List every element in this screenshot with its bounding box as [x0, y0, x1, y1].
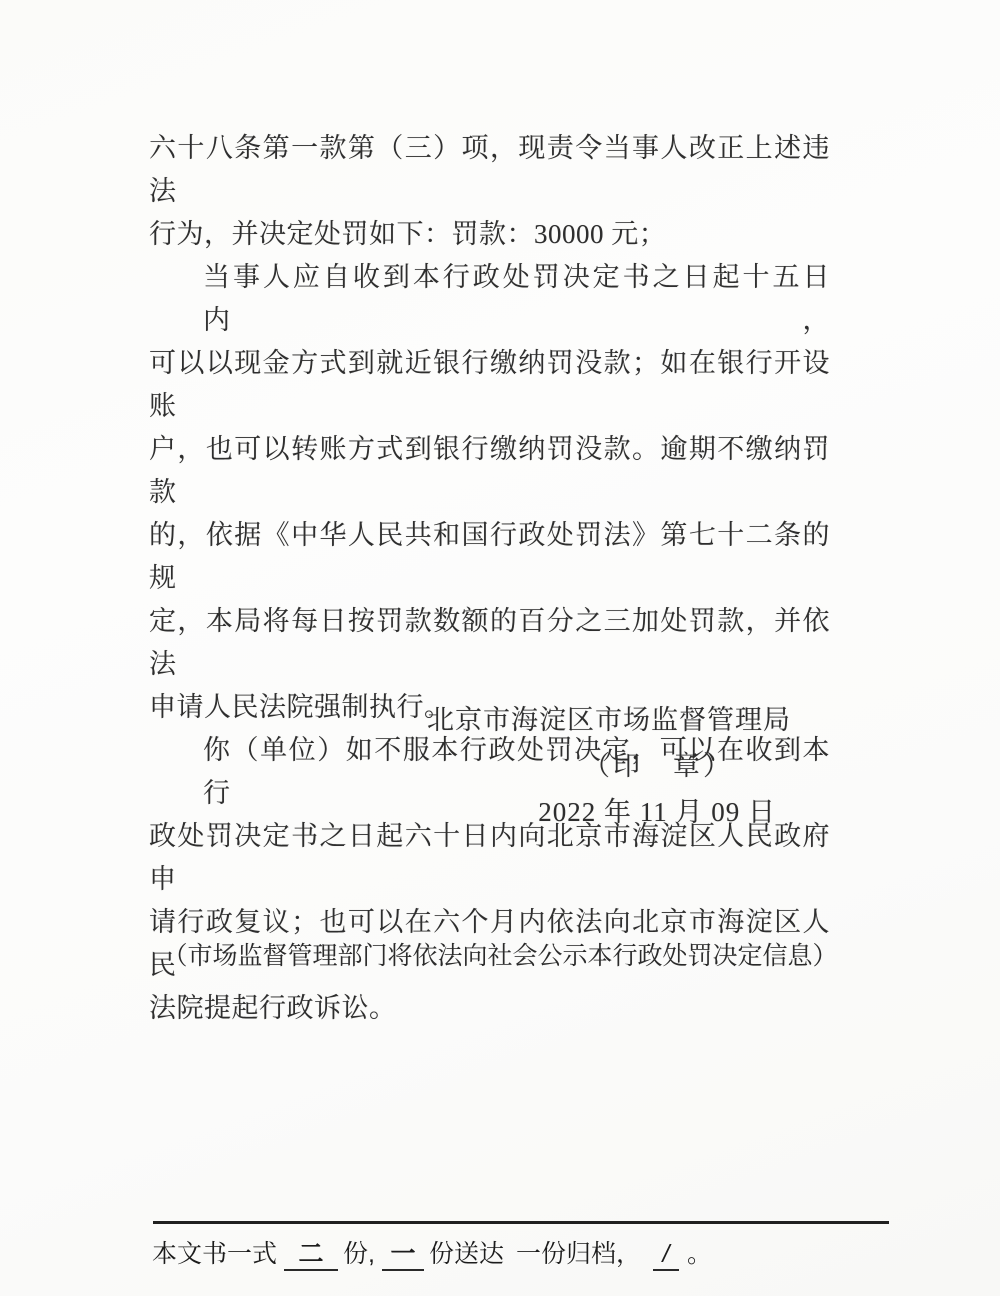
footer-blank-value: / — [653, 1240, 679, 1271]
body-line: 当事人应自收到本行政处罚决定书之日起十五日内， — [149, 256, 830, 342]
body-line: 可以以现金方式到就近银行缴纳罚没款；如在银行开设账 — [149, 342, 830, 428]
decision-date: 2022 年 11 月 09 日 — [0, 789, 1000, 835]
seal-placeholder: （印 章） — [0, 743, 1000, 789]
issuing-agency-name: 北京市海淀区市场监督管理局 — [0, 697, 1000, 743]
body-line: 法院提起行政诉讼。 — [149, 987, 830, 1030]
footer-unit-2: 份送达 — [429, 1240, 504, 1268]
footer-divider — [153, 1221, 889, 1224]
footer-copies-note: 本文书一式二份,一份送达一份归档，/。 — [152, 1234, 972, 1271]
penalty-decision-page: 六十八条第一款第（三）项，现责令当事人改正上述违法 行为，并决定处罚如下：罚款：… — [0, 0, 1000, 1296]
decision-body: 六十八条第一款第（三）项，现责令当事人改正上述违法 行为，并决定处罚如下：罚款：… — [149, 127, 830, 1030]
public-disclosure-notice: （市场监督管理部门将依法向社会公示本行政处罚决定信息） — [0, 936, 1000, 972]
body-line: 的，依据《中华人民共和国行政处罚法》第七十二条的规 — [149, 514, 830, 600]
body-line: 行为，并决定处罚如下：罚款：30000 元； — [149, 213, 830, 256]
footer-delivered-copies: 一 — [382, 1240, 424, 1271]
footer-unit-1: 份, — [343, 1240, 375, 1268]
signature-block: 北京市海淀区市场监督管理局 （印 章） 2022 年 11 月 09 日 — [0, 697, 1000, 835]
body-line: 定，本局将每日按罚款数额的百分之三加处罚款，并依法 — [149, 600, 830, 686]
footer-total-copies: 二 — [284, 1240, 338, 1271]
footer-end-mark: 。 — [687, 1240, 712, 1268]
body-line: 六十八条第一款第（三）项，现责令当事人改正上述违法 — [149, 127, 830, 213]
footer-archived-note: 一份归档， — [516, 1240, 641, 1268]
footer-prefix: 本文书一式 — [152, 1240, 277, 1268]
body-line: 户，也可以转账方式到银行缴纳罚没款。逾期不缴纳罚款 — [149, 428, 830, 514]
